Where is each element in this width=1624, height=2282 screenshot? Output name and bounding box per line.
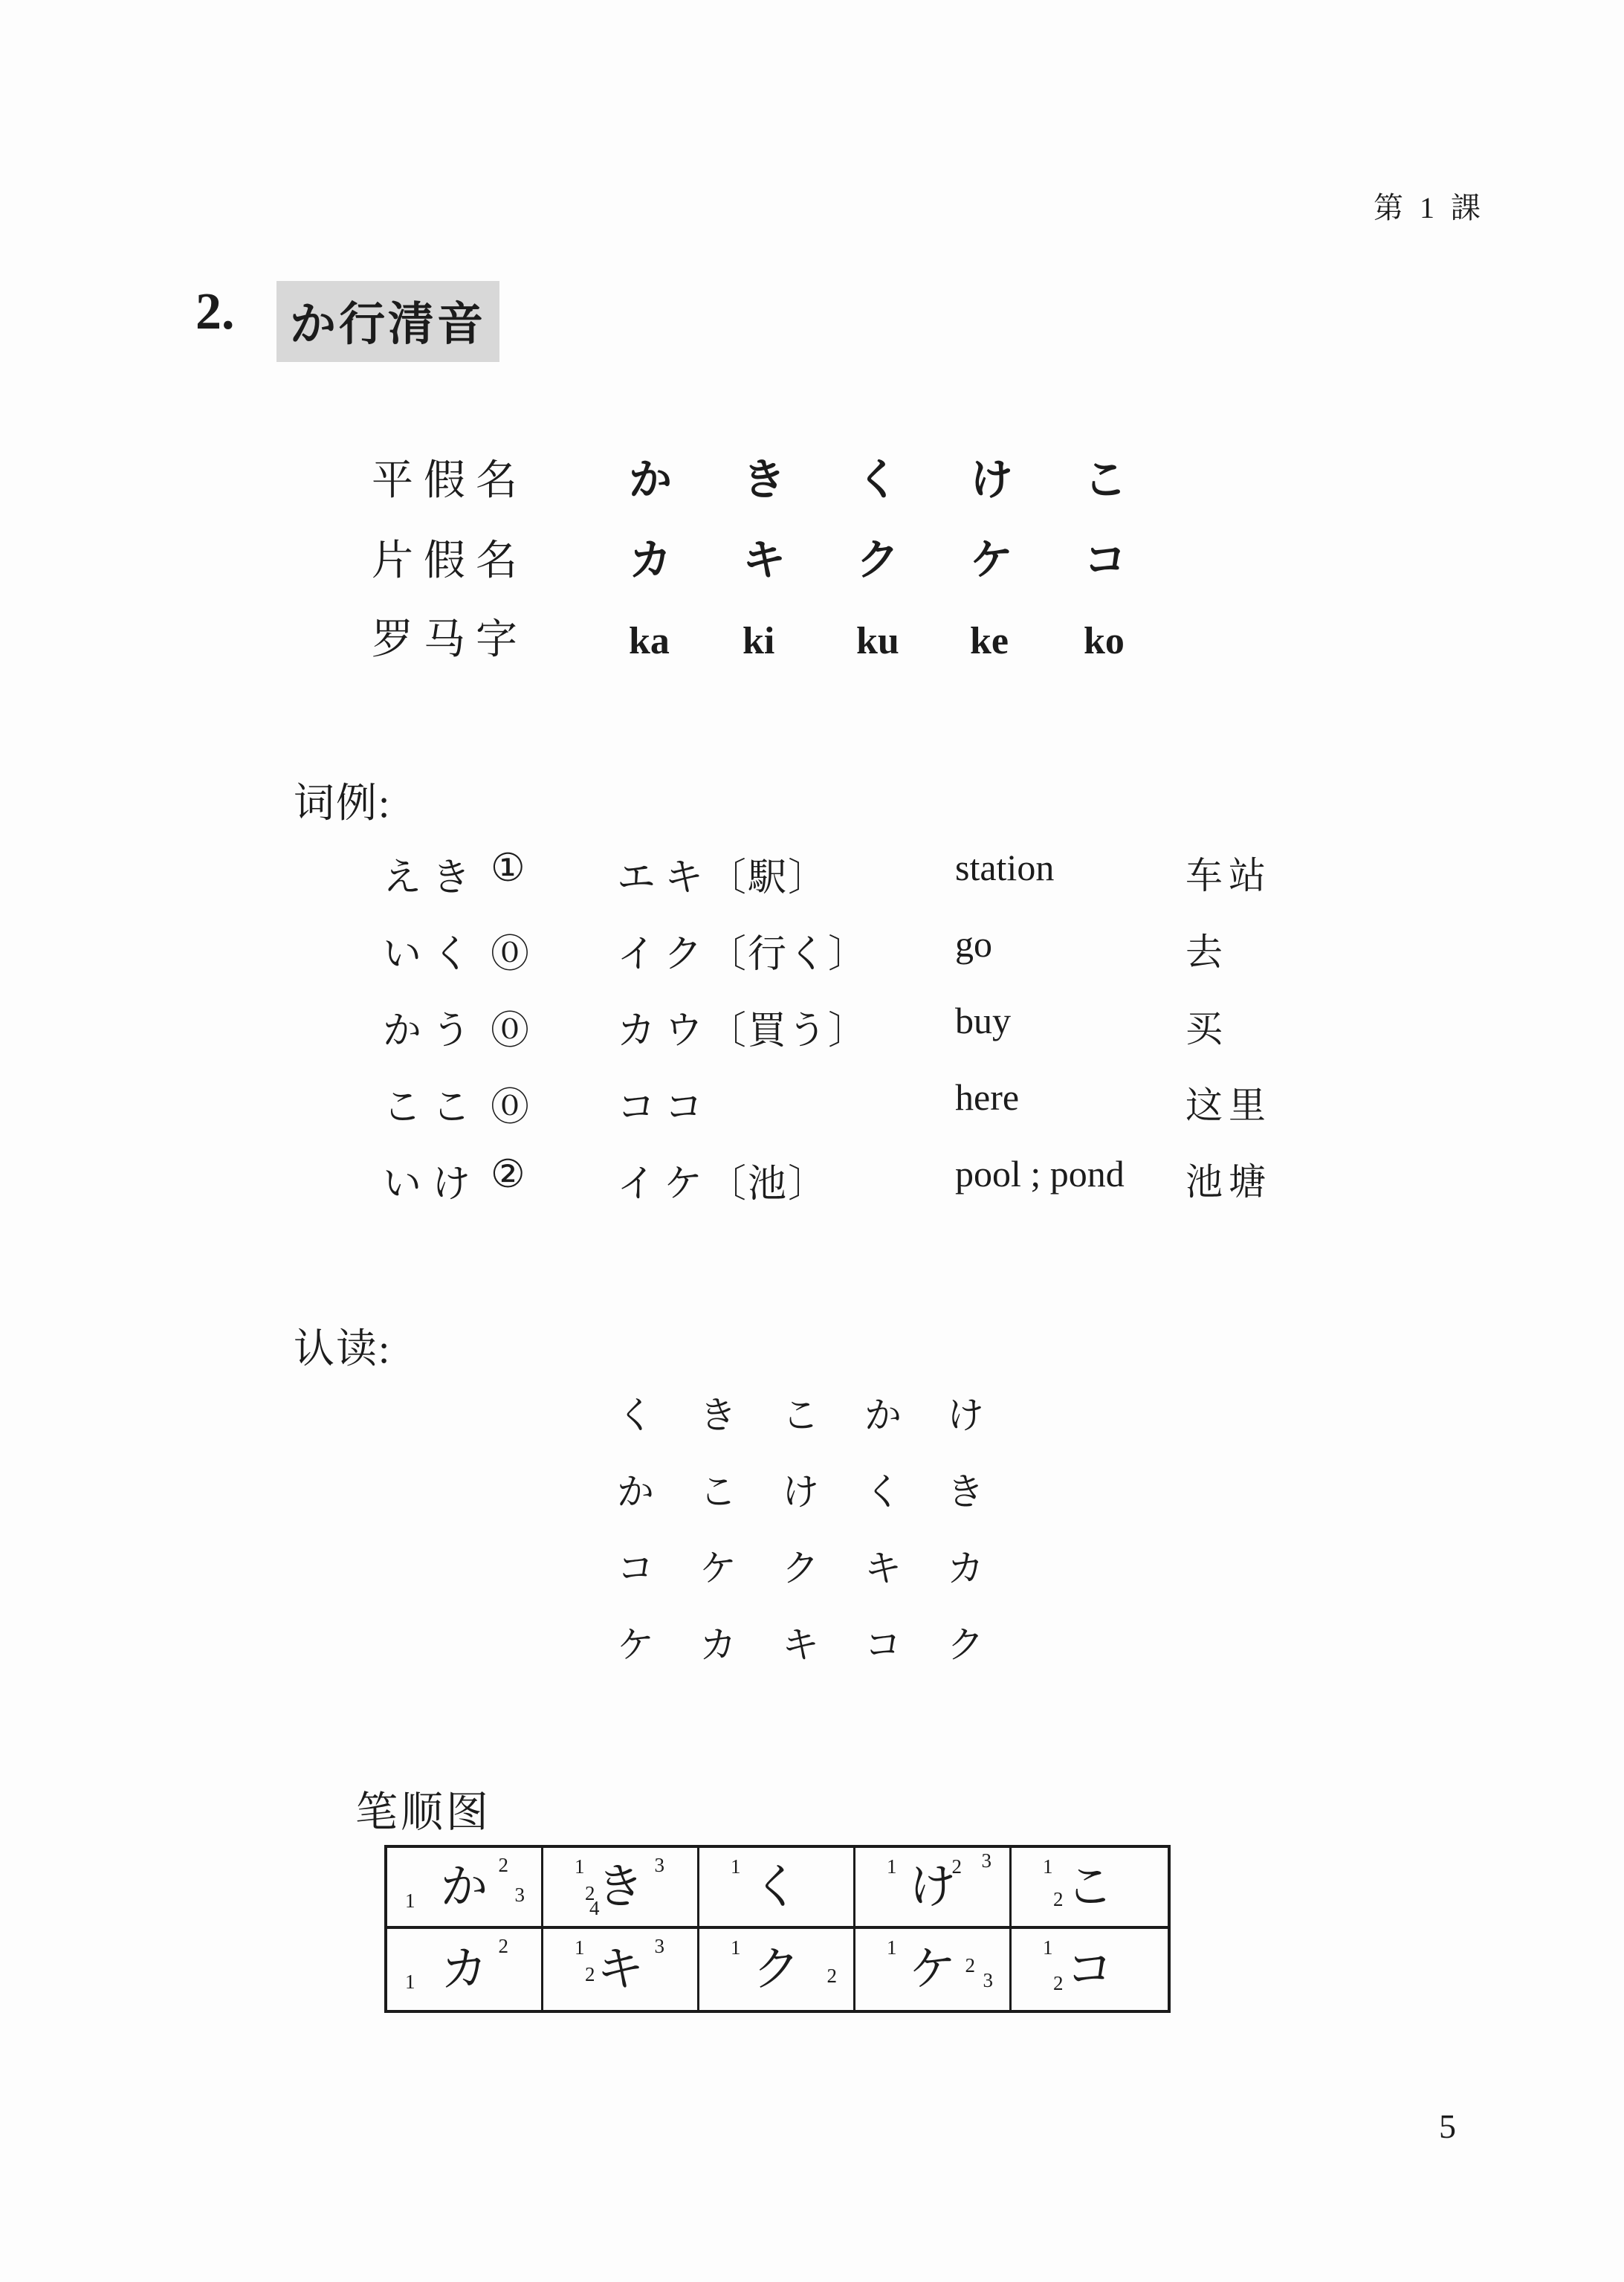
stroke-number: 3 [515,1885,525,1905]
katakana-ko: コ [1084,525,1197,587]
word-row-ike: いけ ② イケ 〔池〕 pool ; pond 池塘 [0,1152,1624,1206]
romaji-ko: ko [1084,619,1197,663]
stroke-number: 4 [589,1898,600,1919]
stroke-kana: き [597,1864,644,1911]
kana-chart-row-hiragana: 平假名かきくけこ [372,445,1197,507]
word-chinese: 这里 [1185,1076,1272,1129]
reading-practice-heading: 认读: [294,1316,391,1374]
stroke-kana: カ [441,1946,488,1994]
katakana-ke: ケ [970,525,1084,587]
stroke-number: 1 [1043,1857,1053,1877]
hiragana-ke: け [970,445,1084,507]
word-kanji: 〔行く〕 [708,922,868,978]
row-label-hiragana: 平假名 [372,447,629,507]
kana-chart-row-romaji: 罗马字kakikukeko [372,607,1197,666]
stroke-number: 3 [655,1936,665,1956]
reading-kana: ケ [617,1615,699,1669]
word-katakana: カウ [617,999,712,1055]
katakana-ki: キ [743,525,856,587]
stroke-cell-ko-hira: 1 2 こ [1012,1848,1168,1929]
katakana-ka: カ [629,525,743,587]
stroke-cell-ke-hira: 1 け 2 3 [855,1848,1012,1929]
word-english: here [955,1076,1019,1119]
accent-mark: ⓪ [491,922,529,978]
word-kanji: 〔買う〕 [708,999,868,1055]
stroke-number: 1 [575,1938,585,1958]
stroke-cell-ka-hira: 1 か 2 3 [387,1848,543,1929]
stroke-cell-ko-kata: 1 2 コ [1012,1929,1168,2010]
romaji-ki: ki [743,619,856,663]
reading-kana: ク [947,1615,1029,1669]
textbook-page: 第 1 課 2. か行清音 平假名かきくけこ 片假名カキクケコ 罗马字kakik… [0,0,1624,2282]
accent-mark: ② [491,1152,525,1197]
word-row-kau: かう ⓪ カウ 〔買う〕 buy 买 [0,999,1624,1053]
reading-kana: カ [699,1615,782,1669]
accent-mark: ① [491,846,525,891]
romaji-ka: ka [629,619,743,663]
word-kana: いけ [383,1152,481,1208]
stroke-kana: キ [597,1946,644,1994]
word-row-iku: いく ⓪ イク 〔行く〕 go 去 [0,922,1624,976]
romaji-ke: ke [970,619,1084,663]
word-english: buy [955,999,1011,1042]
reading-kana: か [617,1462,699,1516]
stroke-number: 1 [887,1938,897,1958]
reading-kana: ク [782,1539,864,1592]
accent-mark: ⓪ [491,999,529,1055]
stroke-order-heading: 笔顺图 [355,1778,491,1839]
word-kanji: 〔駅〕 [708,846,828,902]
section-number: 2. [195,282,235,342]
stroke-number: 1 [575,1857,585,1877]
row-label-katakana: 片假名 [372,528,629,587]
hiragana-ku: く [856,445,970,507]
reading-kana: け [782,1462,864,1516]
word-chinese: 车站 [1185,846,1272,899]
stroke-kana: け [909,1864,957,1911]
word-row-eki: えき ① エキ 〔駅〕 station 车站 [0,846,1624,899]
stroke-number: 2 [585,1965,595,1985]
section-title: か行清音 [276,281,499,362]
reading-kana: く [864,1462,947,1516]
stroke-kana: く [753,1864,800,1911]
stroke-cell-ke-kata: 1 ケ 2 3 [855,1929,1012,2010]
reading-kana: こ [699,1462,782,1516]
stroke-number: 2 [827,1966,838,1986]
word-chinese: 买 [1185,999,1229,1053]
stroke-kana: こ [1066,1864,1113,1911]
reading-kana: こ [782,1386,864,1439]
stroke-number: 1 [405,1891,415,1911]
reading-kana: コ [617,1539,699,1592]
reading-kana: キ [864,1539,947,1592]
word-katakana: イケ [617,1152,711,1208]
word-kana: かう [383,999,481,1055]
hiragana-ki: き [743,445,856,507]
word-katakana: イク [617,922,711,978]
reading-kana: か [864,1386,947,1439]
stroke-number: 2 [1053,1974,1064,1994]
stroke-number: 1 [1043,1938,1053,1958]
word-english: pool ; pond [955,1152,1125,1195]
stroke-cell-ka-kata: 1 カ 2 [387,1929,543,2010]
accent-mark: ⓪ [491,1076,529,1131]
stroke-number: 3 [982,1851,992,1871]
stroke-number: 1 [731,1857,741,1877]
stroke-kana: か [441,1864,488,1911]
stroke-cell-ku-hira: 1 く [699,1848,855,1929]
stroke-cell-ki-kata: 1 2 キ 3 [543,1929,699,2010]
stroke-number: 1 [887,1857,897,1877]
reading-kana: く [617,1386,699,1439]
row-label-romaji: 罗马字 [372,607,629,666]
reading-kana: コ [864,1615,947,1669]
word-kana: えき [383,846,481,902]
word-english: go [955,922,992,966]
stroke-cell-ku-kata: 1 ク 2 [699,1929,855,2010]
word-katakana: ココ [617,1076,712,1131]
stroke-number: 1 [405,1972,415,1992]
stroke-number: 2 [965,1956,976,1976]
reading-kana: き [947,1462,1029,1516]
reading-kana: ケ [699,1539,782,1592]
stroke-kana: ク [753,1946,800,1994]
hiragana-ko: こ [1084,445,1197,507]
word-chinese: 池塘 [1185,1152,1272,1206]
stroke-number: 3 [655,1855,665,1875]
word-kana: いく [383,922,481,978]
stroke-number: 2 [499,1855,509,1875]
word-kanji: 〔池〕 [708,1152,828,1208]
stroke-kana: ケ [909,1946,957,1994]
romaji-ku: ku [856,619,970,663]
reading-row-4: ケカキコク [617,1615,1029,1669]
katakana-ku: ク [856,525,970,587]
word-english: station [955,846,1054,889]
kana-chart-row-katakana: 片假名カキクケコ [372,525,1197,587]
lesson-header: 第 1 課 [1374,184,1485,227]
stroke-order-table: 1 か 2 3 1 2 4 き 3 1 く 1 け 2 3 1 2 こ 1 [384,1845,1171,2013]
reading-kana: き [699,1386,782,1439]
stroke-number: 2 [1053,1890,1064,1910]
reading-kana: キ [782,1615,864,1669]
word-kana: ここ [383,1076,481,1131]
reading-kana: カ [947,1539,1029,1592]
reading-row-3: コケクキカ [617,1539,1029,1592]
word-examples-heading: 词例: [294,770,391,829]
stroke-number: 3 [983,1971,994,1991]
reading-row-2: かこけくき [617,1462,1029,1516]
page-number: 5 [1439,2107,1456,2146]
reading-row-1: くきこかけ [617,1386,1029,1439]
stroke-number: 2 [499,1936,509,1956]
stroke-number: 2 [952,1857,963,1877]
hiragana-ka: か [629,445,743,507]
stroke-number: 1 [731,1938,741,1958]
word-chinese: 去 [1185,922,1229,976]
stroke-kana: コ [1066,1946,1113,1994]
reading-kana: け [947,1386,1029,1439]
word-katakana: エキ [617,846,712,902]
word-row-koko: ここ ⓪ ココ here 这里 [0,1076,1624,1129]
stroke-cell-ki-hira: 1 2 4 き 3 [543,1848,699,1929]
